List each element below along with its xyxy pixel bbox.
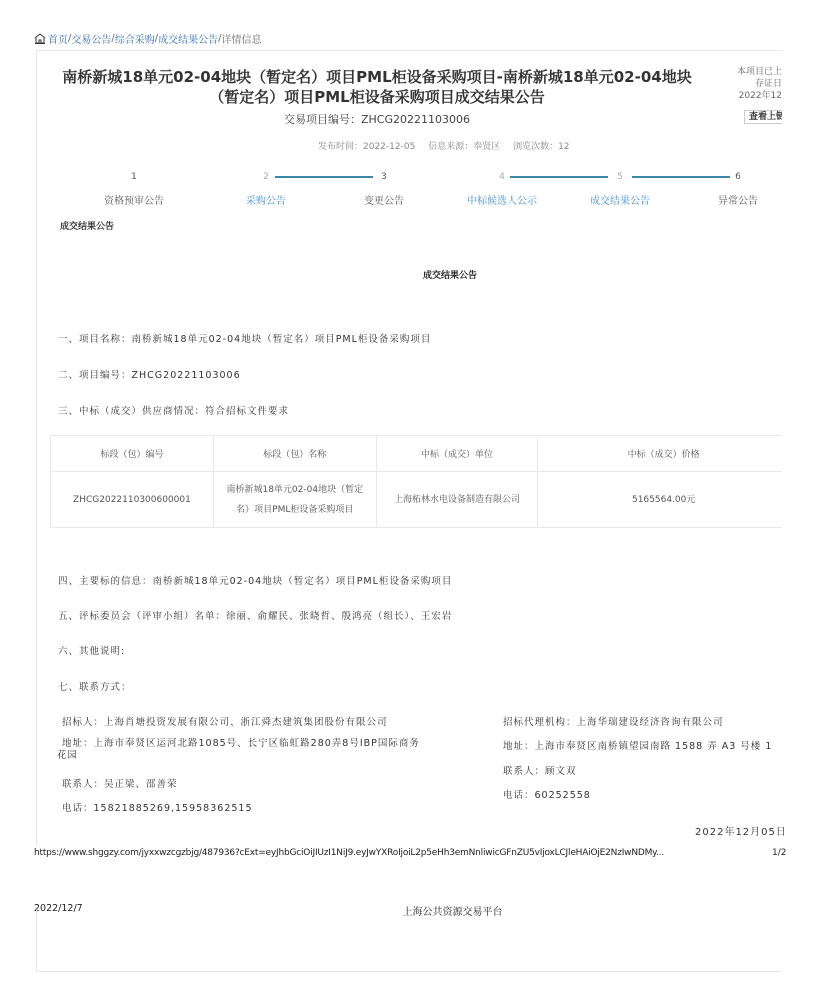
step-label: 采购公告 (206, 192, 326, 207)
info-source: 信息来源：奉贤区 (428, 142, 500, 152)
section-label: 成交结果公告 (60, 219, 114, 232)
column-header: 中标（成交）单位 (376, 436, 538, 472)
item-contact: 七、联系方式： (58, 679, 132, 693)
buyer-address: 地址：上海市奉贤区运河北路1085号、长宁区临虹路280弄8号IBP国际商务花园 (57, 738, 427, 762)
step-label: 异常公告 (678, 192, 798, 207)
table-row: ZHCG2022110300600001 南桥新城18单元02-04地块（暂定名… (51, 472, 790, 528)
breadcrumb-home[interactable]: 首页 (48, 31, 68, 46)
step-number: 6 (678, 170, 798, 184)
column-header: 标段（包）编号 (51, 436, 214, 472)
process-steps: 1 资格预审公告 2 采购公告 3 变更公告 4 中标候选人公示 5 成交结果公… (60, 170, 800, 210)
step-2[interactable]: 2 采购公告 (206, 170, 326, 207)
table-header-row: 标段（包）编号 标段（包）名称 中标（成交）单位 中标（成交）价格 (51, 436, 790, 472)
buyer-contact-person: 联系人：吴正梁、邵善荣 (62, 776, 178, 790)
chain-line: 存证日 (722, 78, 782, 90)
breadcrumb-trade-notice[interactable]: 交易公告 (71, 31, 111, 46)
item-project-name: 一、项目名称：南桥新城18单元02-04地块（暂定名）项目PML柜设备采购项目 (58, 331, 431, 345)
item-project-number: 二、项目编号：ZHCG20221103006 (58, 367, 241, 381)
agency-phone: 电话：60252558 (503, 787, 591, 801)
step-4[interactable]: 4 中标候选人公示 (442, 170, 562, 207)
step-label: 变更公告 (324, 192, 444, 207)
breadcrumb-current: 详情信息 (222, 31, 262, 46)
column-header: 中标（成交）价格 (538, 436, 790, 472)
step-label: 资格预审公告 (74, 192, 194, 207)
meta-info: 发布时间：2022-12-05 信息来源：奉贤区 浏览次数：12 (318, 139, 580, 152)
project-number: 交易项目编号：ZHCG20221103006 (50, 111, 704, 127)
step-1[interactable]: 1 资格预审公告 (74, 170, 194, 207)
view-count: 浏览次数：12 (513, 142, 569, 152)
lot-number: ZHCG2022110300600001 (51, 472, 214, 528)
item-other-notes: 六、其他说明: (58, 643, 125, 657)
buyer-name: 招标人：上海肖塘投资发展有限公司、浙江舜杰建筑集团股份有限公司 (62, 714, 388, 728)
home-icon[interactable] (34, 33, 46, 44)
result-table: 标段（包）编号 标段（包）名称 中标（成交）单位 中标（成交）价格 ZHCG20… (50, 435, 790, 528)
table-clip (782, 430, 821, 540)
breadcrumb: 首页 / 交易公告 / 综合采购 / 成交结果公告 / 详情信息 (34, 31, 262, 46)
step-5[interactable]: 5 成交结果公告 (560, 170, 680, 207)
step-number: 5 (560, 170, 680, 184)
breadcrumb-result-notice[interactable]: 成交结果公告 (158, 31, 218, 46)
step-number: 4 (442, 170, 562, 184)
chain-line: 本项目已上 (722, 66, 782, 78)
winning-unit: 上海柘林水电设备制造有限公司 (376, 472, 538, 528)
item-main-subject: 四、主要标的信息：南桥新城18单元02-04地块（暂定名）项目PML柜设备采购项… (58, 573, 452, 587)
sign-date: 2022年12月05日 (695, 823, 787, 838)
winning-price: 5165564.00元 (538, 472, 790, 528)
page-number: 1/2 (772, 848, 786, 858)
agency-address: 地址：上海市奉贤区南桥镇望园南路 1588 弄 A3 号楼 1 (503, 738, 772, 752)
publish-time: 发布时间：2022-12-05 (318, 142, 415, 152)
column-header: 标段（包）名称 (213, 436, 376, 472)
view-chain-button[interactable]: 查看上链 (744, 110, 782, 124)
step-label: 成交结果公告 (560, 192, 680, 207)
blockchain-notice: 本项目已上 存证日 2022年12 (722, 66, 782, 102)
agency-contact-person: 联系人：顾文双 (503, 763, 577, 777)
breadcrumb-procurement[interactable]: 综合采购 (115, 31, 155, 46)
chain-line: 2022年12 (722, 90, 782, 102)
step-label: 中标候选人公示 (442, 192, 562, 207)
content-frame-next-page (36, 910, 782, 972)
item-committee: 五、评标委员会（评审小组）名单：徐丽、俞耀民、张晓哲、殷鸿亮（组长）、王宏岩 (58, 608, 452, 622)
agency-name: 招标代理机构：上海华瑞建设经济咨询有限公司 (503, 714, 724, 728)
step-6[interactable]: 6 异常公告 (678, 170, 798, 207)
step-3[interactable]: 3 变更公告 (324, 170, 444, 207)
lot-name: 南桥新城18单元02-04地块（暂定名）项目PML柜设备采购项目 (213, 472, 376, 528)
right-clip (786, 700, 821, 850)
step-number: 1 (74, 170, 194, 184)
step-number: 2 (206, 170, 326, 184)
page-title: 南桥新城18单元02-04地块（暂定名）项目PML柜设备采购项目-南桥新城18单… (50, 67, 704, 107)
buyer-phone: 电话：15821885269,15958362515 (62, 800, 253, 814)
print-url: https://www.shggzy.com/jyxxwzcgzbjg/4879… (34, 848, 664, 858)
document-heading: 成交结果公告 (0, 268, 821, 281)
step-number: 3 (324, 170, 444, 184)
item-supplier-status: 三、中标（成交）供应商情况：符合招标文件要求 (58, 403, 289, 417)
